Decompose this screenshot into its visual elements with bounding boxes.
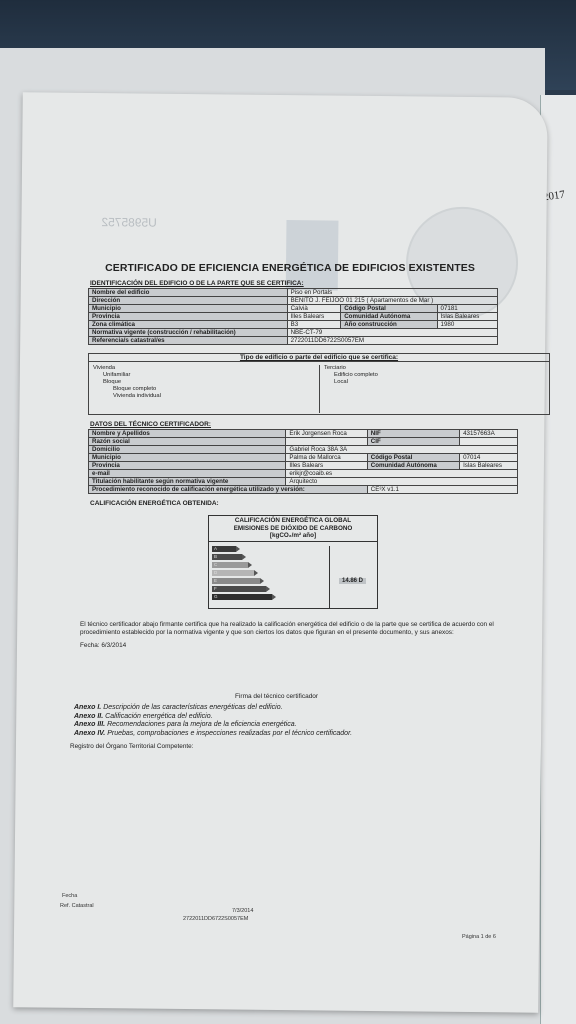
energy-bar-f: F [212,586,266,592]
registry-label: Registro del Órgano Territorial Competen… [70,743,520,750]
checkbox-bloque[interactable]: Bloque [93,379,161,386]
label: Año construcción [341,321,437,329]
declaration-text: El técnico certificador abajo firmante c… [80,621,525,636]
checkbox-terciario[interactable]: Terciario [324,365,378,372]
building-normativa: NBE-CT-79 [287,329,497,337]
building-referencia: 2722011DD6722S0057EM [287,337,497,345]
tech-titulacion: Arquitecto [286,478,518,486]
energy-bar-e: E [212,578,260,584]
energy-label-subtitle: EMISIONES DE DIÓXIDO DE CARBONO [209,525,377,533]
section-identificacion: IDENTIFICACIÓN DEL EDIFICIO O DE LA PART… [90,280,520,287]
tech-cp: 07014 [460,454,518,462]
building-address: BENITO J. FEIJOO 01 215 ( Apartamentos d… [287,297,497,305]
energy-bar-c: C [212,562,248,568]
section-calificacion: CALIFICACIÓN ENERGÉTICA OBTENIDA: [90,500,520,507]
annex-item: Anexo III. Recomendaciones para la mejor… [74,721,520,730]
energy-label-unit: [kgCO₂/m² año] [209,532,377,540]
label: Nombre del edificio [89,289,288,297]
tech-name: Erik Jorgensen Roca [286,430,367,438]
tech-nif: 43157663A [460,430,518,438]
tech-razon [286,438,367,446]
energy-label: CALIFICACIÓN ENERGÉTICA GLOBAL EMISIONES… [208,515,378,609]
tech-provincia: Illes Balears [286,462,367,470]
energy-scale: ABCDEFG [212,546,272,602]
building-table: Nombre del edificioPiso en Portals Direc… [88,288,498,345]
energy-label-header: CALIFICACIÓN ENERGÉTICA GLOBAL EMISIONES… [209,516,377,542]
building-ccaa: Islas Baleares [437,313,497,321]
building-name: Piso en Portals [287,289,497,297]
type-right-column: Terciario Edificio completo Local [319,365,378,413]
annex-list: Anexo I. Descripción de las característi… [74,704,520,738]
building-anio: 1980 [437,321,497,329]
label: Razón social [89,438,286,446]
checkbox-unifamiliar[interactable]: Unifamiliar [93,372,161,379]
label: Provincia [89,313,288,321]
document-body: CERTIFICADO DE EFICIENCIA ENERGÉTICA DE … [60,262,520,750]
building-cp: 07181 [437,305,497,313]
annex-item: Anexo I. Descripción de las característi… [74,704,520,713]
label: Código Postal [341,305,437,313]
technician-table: Nombre y ApellidosErik Jorgensen RocaNIF… [88,429,518,494]
type-left-column: Vivienda Unifamiliar Bloque Bloque compl… [93,365,161,400]
label: Municipio [89,305,288,313]
checkbox-bloque-completo[interactable]: Bloque completo [93,386,161,393]
divider [329,546,330,608]
energy-bar-g: G [212,594,272,600]
energy-rating-value: 14.86 D [339,578,366,584]
tech-email: erikjr@coaib.es [286,470,518,478]
page-number: Página 1 de 6 [462,934,496,940]
energy-bar-b: B [212,554,242,560]
label: Zona climática [89,321,288,329]
label: Referencia/s catastral/es [89,337,288,345]
building-municipio: Calvià [287,305,341,313]
label: Código Postal [367,454,459,462]
label: Normativa vigente (construcción / rehabi… [89,329,288,337]
section-tecnico: DATOS DEL TÉCNICO CERTIFICADOR: [90,421,520,428]
label: Procedimiento reconocido de calificación… [89,486,368,494]
energy-bar-a: A [212,546,236,552]
label: Titulación habilitante según normativa v… [89,478,286,486]
label: Municipio [89,454,286,462]
declaration-date: Fecha: 6/3/2014 [80,642,520,649]
label: Comunidad Autónoma [341,313,437,321]
energy-bar-d: D [212,570,254,576]
signature-label: Firma del técnico certificador [235,693,520,700]
footer-fecha-label: Fecha [62,893,77,899]
footer-ref-label: Ref. Catastral [60,903,94,909]
checkbox-vivienda-individual[interactable]: Vivienda individual [93,393,161,400]
label: e-mail [89,470,286,478]
tech-procedimiento: CE³X v1.1 [367,486,517,494]
building-type-heading: Tipo de edificio o parte del edificio qu… [89,354,549,362]
checkbox-local[interactable]: Local [324,379,378,386]
checkbox-edificio-completo[interactable]: Edificio completo [324,372,378,379]
label: Dirección [89,297,288,305]
building-type-box: Tipo de edificio o parte del edificio qu… [88,353,550,415]
annex-item: Anexo II. Calificación energética del ed… [74,713,520,722]
tech-municipio: Palma de Mallorca [286,454,367,462]
tech-domicilio: Gabriel Roca 38A 3A [286,446,518,454]
footer-ref: 2722011DD6722S0057EM [183,916,248,922]
label: Comunidad Autónoma [367,462,459,470]
energy-label-title: CALIFICACIÓN ENERGÉTICA GLOBAL [209,517,377,525]
building-provincia: Illes Balears [287,313,341,321]
building-zona: B3 [287,321,341,329]
label: NIF [367,430,459,438]
tech-cif [460,438,518,446]
annex-item: Anexo IV. Pruebas, comprobaciones e insp… [74,730,520,739]
label: Domicilio [89,446,286,454]
checkbox-vivienda[interactable]: Vivienda [93,365,161,372]
serial-number: U5985752 [101,215,157,230]
label: CIF [367,438,459,446]
tech-ccaa: Islas Baleares [460,462,518,470]
footer-fecha: 7/3/2014 [232,908,253,914]
label: Nombre y Apellidos [89,430,286,438]
label: Provincia [89,462,286,470]
document-title: CERTIFICADO DE EFICIENCIA ENERGÉTICA DE … [60,262,520,274]
